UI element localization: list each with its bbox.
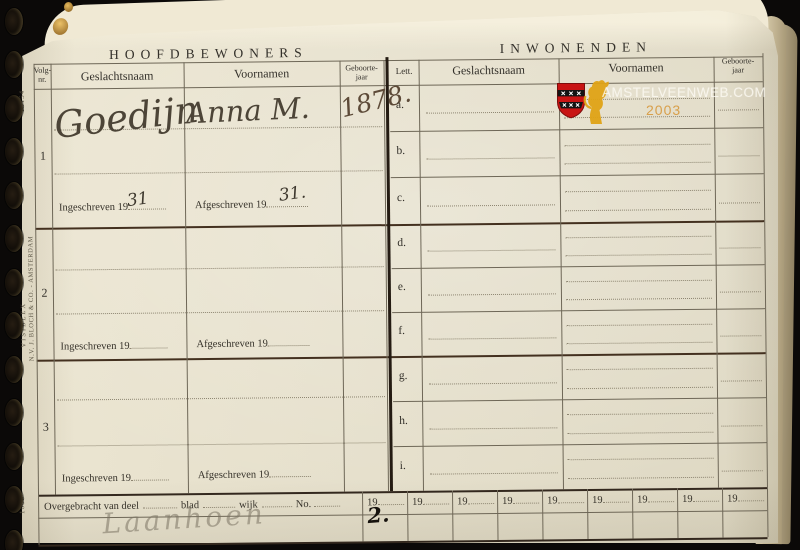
watermark-site-text: AMSTELVEENWEB.COM [602,85,766,100]
binding-hole [5,51,23,78]
inwonende-row: d. [391,220,764,268]
handwritten-ingeschreven-year: 31 [126,188,150,211]
write-line [57,396,385,400]
row-number: 3 [37,420,54,435]
binding-ring-glint [64,2,73,12]
printer-imprint: N.V. J. BLOCH & CO. - AMSTERDAM [27,236,35,361]
row-letter: b. [396,145,405,157]
col-header-lett: Lett. [390,66,419,76]
row-letter: d. [397,237,406,249]
year-cell: 19 [637,492,674,505]
right-section-title: INWONENDEN [389,38,762,58]
row-letter: i. [400,460,406,472]
ingeschreven-label: Ingeschreven 19 [59,199,166,213]
ingeschreven-label: Ingeschreven 19 [62,470,169,484]
ingeschreven-label: Ingeschreven 19 [60,338,167,352]
grid-line [722,488,724,538]
lion-icon [580,76,612,126]
row-letter: f. [398,325,405,337]
write-line [720,291,761,292]
write-line [566,280,712,283]
hoofdbewoner-row: 1 Ingeschreven 19 Afgeschreven 19 Goedij… [34,85,385,228]
write-line [567,368,713,371]
handwritten-deel-number: 2. [366,501,390,528]
write-line [429,427,557,429]
inwonende-row: e. [392,264,765,312]
write-line [721,425,762,426]
row-letter: a. [396,99,404,111]
scanned-register-page: 13154 VISIBLEX N.V. J. BLOCH & CO. - AMS… [0,0,800,550]
write-line [567,432,713,435]
write-line [427,204,555,206]
row-number: 2 [36,286,53,301]
row-letter: g. [399,370,408,382]
write-line [722,470,763,471]
write-line [427,157,555,159]
hoofdbewoner-row: 2 Ingeschreven 19 Afgeschreven 19 [35,224,386,360]
year-cell: 19 [682,492,719,505]
grid-line [407,491,409,541]
grid-line [542,490,544,540]
write-line [719,202,760,203]
grid-line [452,490,454,540]
year-cell: 19 [412,495,449,508]
binding-hole [5,95,23,122]
inwonende-row: g. [393,352,766,401]
handwritten-afgeschreven-year: 31. [278,182,307,205]
inwonende-row: h. [393,397,766,446]
afgeschreven-label: Afgeschreven 19 [196,336,310,350]
col-header-geslachtsnaam-right: Geslachtsnaam [419,62,559,78]
row-letter: c. [397,192,405,204]
year-cell: 19 [592,493,629,506]
binding-hole [5,225,23,252]
inwonende-row: c. [391,173,764,224]
hoofdbewoner-row: 3 Ingeschreven 19 Afgeschreven 19 [37,356,388,495]
write-line [566,298,712,301]
year-cell: 19 [547,493,584,506]
year-cell: 19 [502,494,539,507]
inwonende-row: i. [394,442,767,491]
binding-hole [5,486,23,513]
write-line [58,442,386,446]
binding-hole [5,530,23,550]
write-line [55,170,383,174]
grid-line [497,490,499,540]
write-line [567,413,713,416]
write-line [718,109,759,110]
binding-hole [5,312,23,339]
binding-hole [5,182,23,209]
binding-hole [5,443,23,470]
table-bottom [39,537,768,547]
row-letter: e. [398,281,406,293]
write-line [568,477,714,480]
write-line [564,144,710,147]
handwritten-surname: Goedijn [52,88,201,147]
write-line [566,254,712,257]
inwonende-row: f. [392,308,765,356]
row-letter: h. [399,415,408,427]
write-line [568,458,714,461]
write-line [430,472,558,474]
col-header-geboortejaar-left: Geboorte-jaar [340,63,384,81]
col-header-geboortejaar-right: Geboorte-jaar [713,56,762,75]
handwritten-firstnames: Anna M. [185,91,310,131]
grid-line [362,491,364,541]
write-line [721,380,762,381]
col-header-voornamen-right: Voornamen [559,60,714,77]
grid-line [632,489,634,539]
write-line [565,190,711,193]
grid-line [677,488,679,538]
binding-hole [5,269,23,296]
write-line [565,236,711,239]
write-line [719,155,760,156]
binding-hole [5,8,23,35]
write-line [567,387,713,390]
row-number: 1 [34,149,51,164]
binding-hole [5,138,23,165]
write-line [428,293,556,295]
year-cell: 19 [457,494,494,507]
afgeschreven-label: Afgeschreven 19 [198,467,312,481]
col-header-voornamen-left: Voornamen [184,66,340,83]
write-line [428,337,556,339]
grid-line [587,489,589,539]
write-line [56,310,384,314]
col-header-volgnr: Volg-nr. [34,66,51,84]
write-line [427,249,555,251]
write-line [720,335,761,336]
inwonende-row: b. [390,127,763,177]
form-grid: 13154 VISIBLEX N.V. J. BLOCH & CO. - AMS… [0,0,800,550]
write-line [565,162,711,165]
col-header-geslachtsnaam-left: Geslachtsnaam [51,68,184,84]
write-line [566,342,712,345]
write-line [56,266,384,270]
binding-hole [5,399,23,426]
write-line [566,324,712,327]
year-cell: 19 [727,491,764,504]
write-line [565,209,711,212]
write-line [429,382,557,384]
binding-hole [5,356,23,383]
write-line [426,111,554,113]
write-line [719,247,760,248]
watermark-year-text: 2003 [646,102,681,118]
